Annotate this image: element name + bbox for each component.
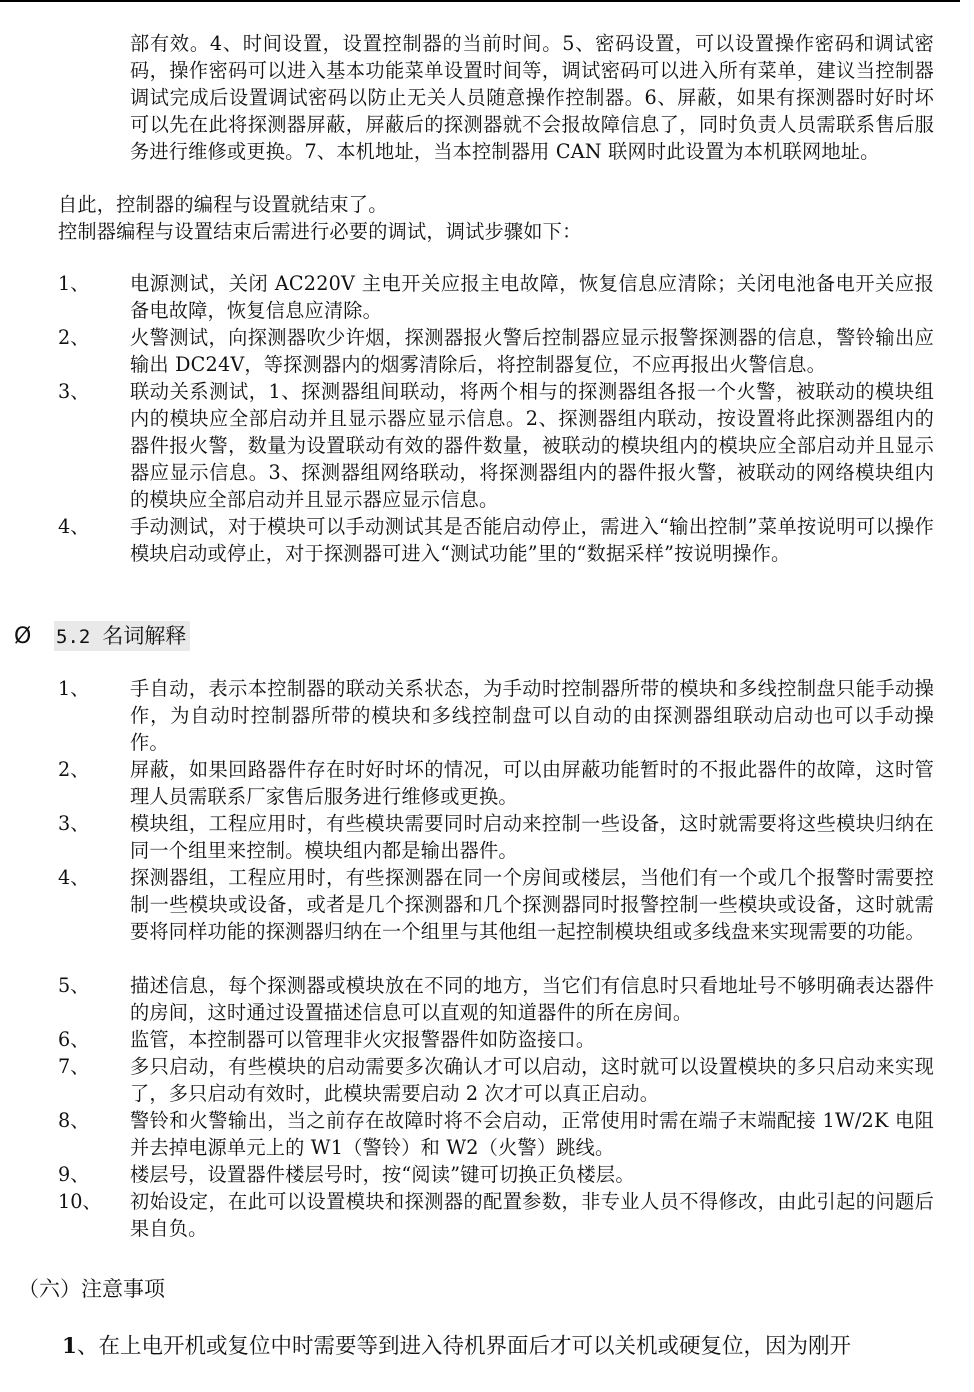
list-text: 初始设定，在此可以设置模块和探测器的配置参数，非专业人员不得修改，由此引起的问题…: [130, 1188, 934, 1242]
list-text: 联动关系测试，1、探测器组间联动，将两个相与的探测器组各报一个火警，被联动的模块…: [130, 378, 934, 513]
list-text: 电源测试，关闭 AC220V 主电开关应报主电故障，恢复信息应清除；关闭电池备电…: [130, 270, 934, 324]
list-number: 1、: [58, 270, 89, 297]
list-number: 2、: [58, 324, 89, 351]
note-text: 在上电开机或复位中时需要等到进入待机界面后才可以关机或硬复位，因为刚开: [98, 1334, 851, 1359]
list-number: 4、: [58, 513, 89, 540]
list-text: 楼层号，设置器件楼层号时，按“阅读”键可切换正负楼层。: [130, 1161, 934, 1188]
list-number: 1、: [58, 675, 89, 702]
list-text: 手自动，表示本控制器的联动关系状态，为手动时控制器所带的模块和多线控制盘只能手动…: [130, 675, 934, 756]
list-text: 火警测试，向探测器吹少许烟，探测器报火警后控制器应显示报警探测器的信息，警铃输出…: [130, 324, 934, 378]
bullet-icon: Ø: [14, 624, 54, 649]
section-heading-6: （六）注意事项: [18, 1274, 165, 1304]
section-title: 名词解释: [102, 624, 186, 648]
list-number: 5、: [58, 972, 89, 999]
list-text: 探测器组，工程应用时，有些探测器在同一个房间或楼层，当他们有一个或几个报警时需要…: [130, 864, 934, 945]
list-text: 监管，本控制器可以管理非火灾报警器件如防盗接口。: [130, 1026, 934, 1053]
list-text: 手动测试，对于模块可以手动测试其是否能启动停止，需进入“输出控制”菜单按说明可以…: [130, 513, 934, 567]
note-number: 1: [62, 1334, 77, 1359]
debug-intro: 控制器编程与设置结束后需进行必要的调试，调试步骤如下：: [58, 218, 938, 245]
summary-line: 自此，控制器的编程与设置就结束了。: [58, 191, 938, 218]
list-number: 7、: [58, 1053, 89, 1080]
top-rule-divider: [0, 0, 960, 2]
list-number: 9、: [58, 1161, 89, 1188]
list-number: 8、: [58, 1107, 89, 1134]
section-title-highlight: 5.2名词解释: [54, 621, 190, 651]
note-separator: 、: [77, 1334, 99, 1359]
list-text: 警铃和火警输出，当之前存在故障时将不会启动，正常使用时需在端子末端配接 1W/2…: [130, 1107, 934, 1161]
section-number: 5.2: [56, 626, 90, 648]
list-number: 3、: [58, 378, 89, 405]
list-number: 4、: [58, 864, 89, 891]
list-number: 6、: [58, 1026, 89, 1053]
list-number: 3、: [58, 810, 89, 837]
list-number: 2、: [58, 756, 89, 783]
list-text: 屏蔽，如果回路器件存在时好时坏的情况，可以由屏蔽功能暂时的不报此器件的故障，这时…: [130, 756, 934, 810]
list-text: 描述信息，每个探测器或模块放在不同的地方，当它们有信息时只看地址号不够明确表达器…: [130, 972, 934, 1026]
list-text: 多只启动，有些模块的启动需要多次确认才可以启动，这时就可以设置模块的多只启动来实…: [130, 1053, 934, 1107]
continuation-paragraph: 部有效。4、时间设置，设置控制器的当前时间。5、密码设置，可以设置操作密码和调试…: [130, 30, 934, 165]
section-heading-5-2: Ø 5.2名词解释: [14, 621, 190, 651]
note-item: 1、在上电开机或复位中时需要等到进入待机界面后才可以关机或硬复位，因为刚开: [62, 1332, 851, 1362]
list-number: 10、: [58, 1188, 102, 1215]
list-text: 模块组，工程应用时，有些模块需要同时启动来控制一些设备，这时就需要将这些模块归纳…: [130, 810, 934, 864]
